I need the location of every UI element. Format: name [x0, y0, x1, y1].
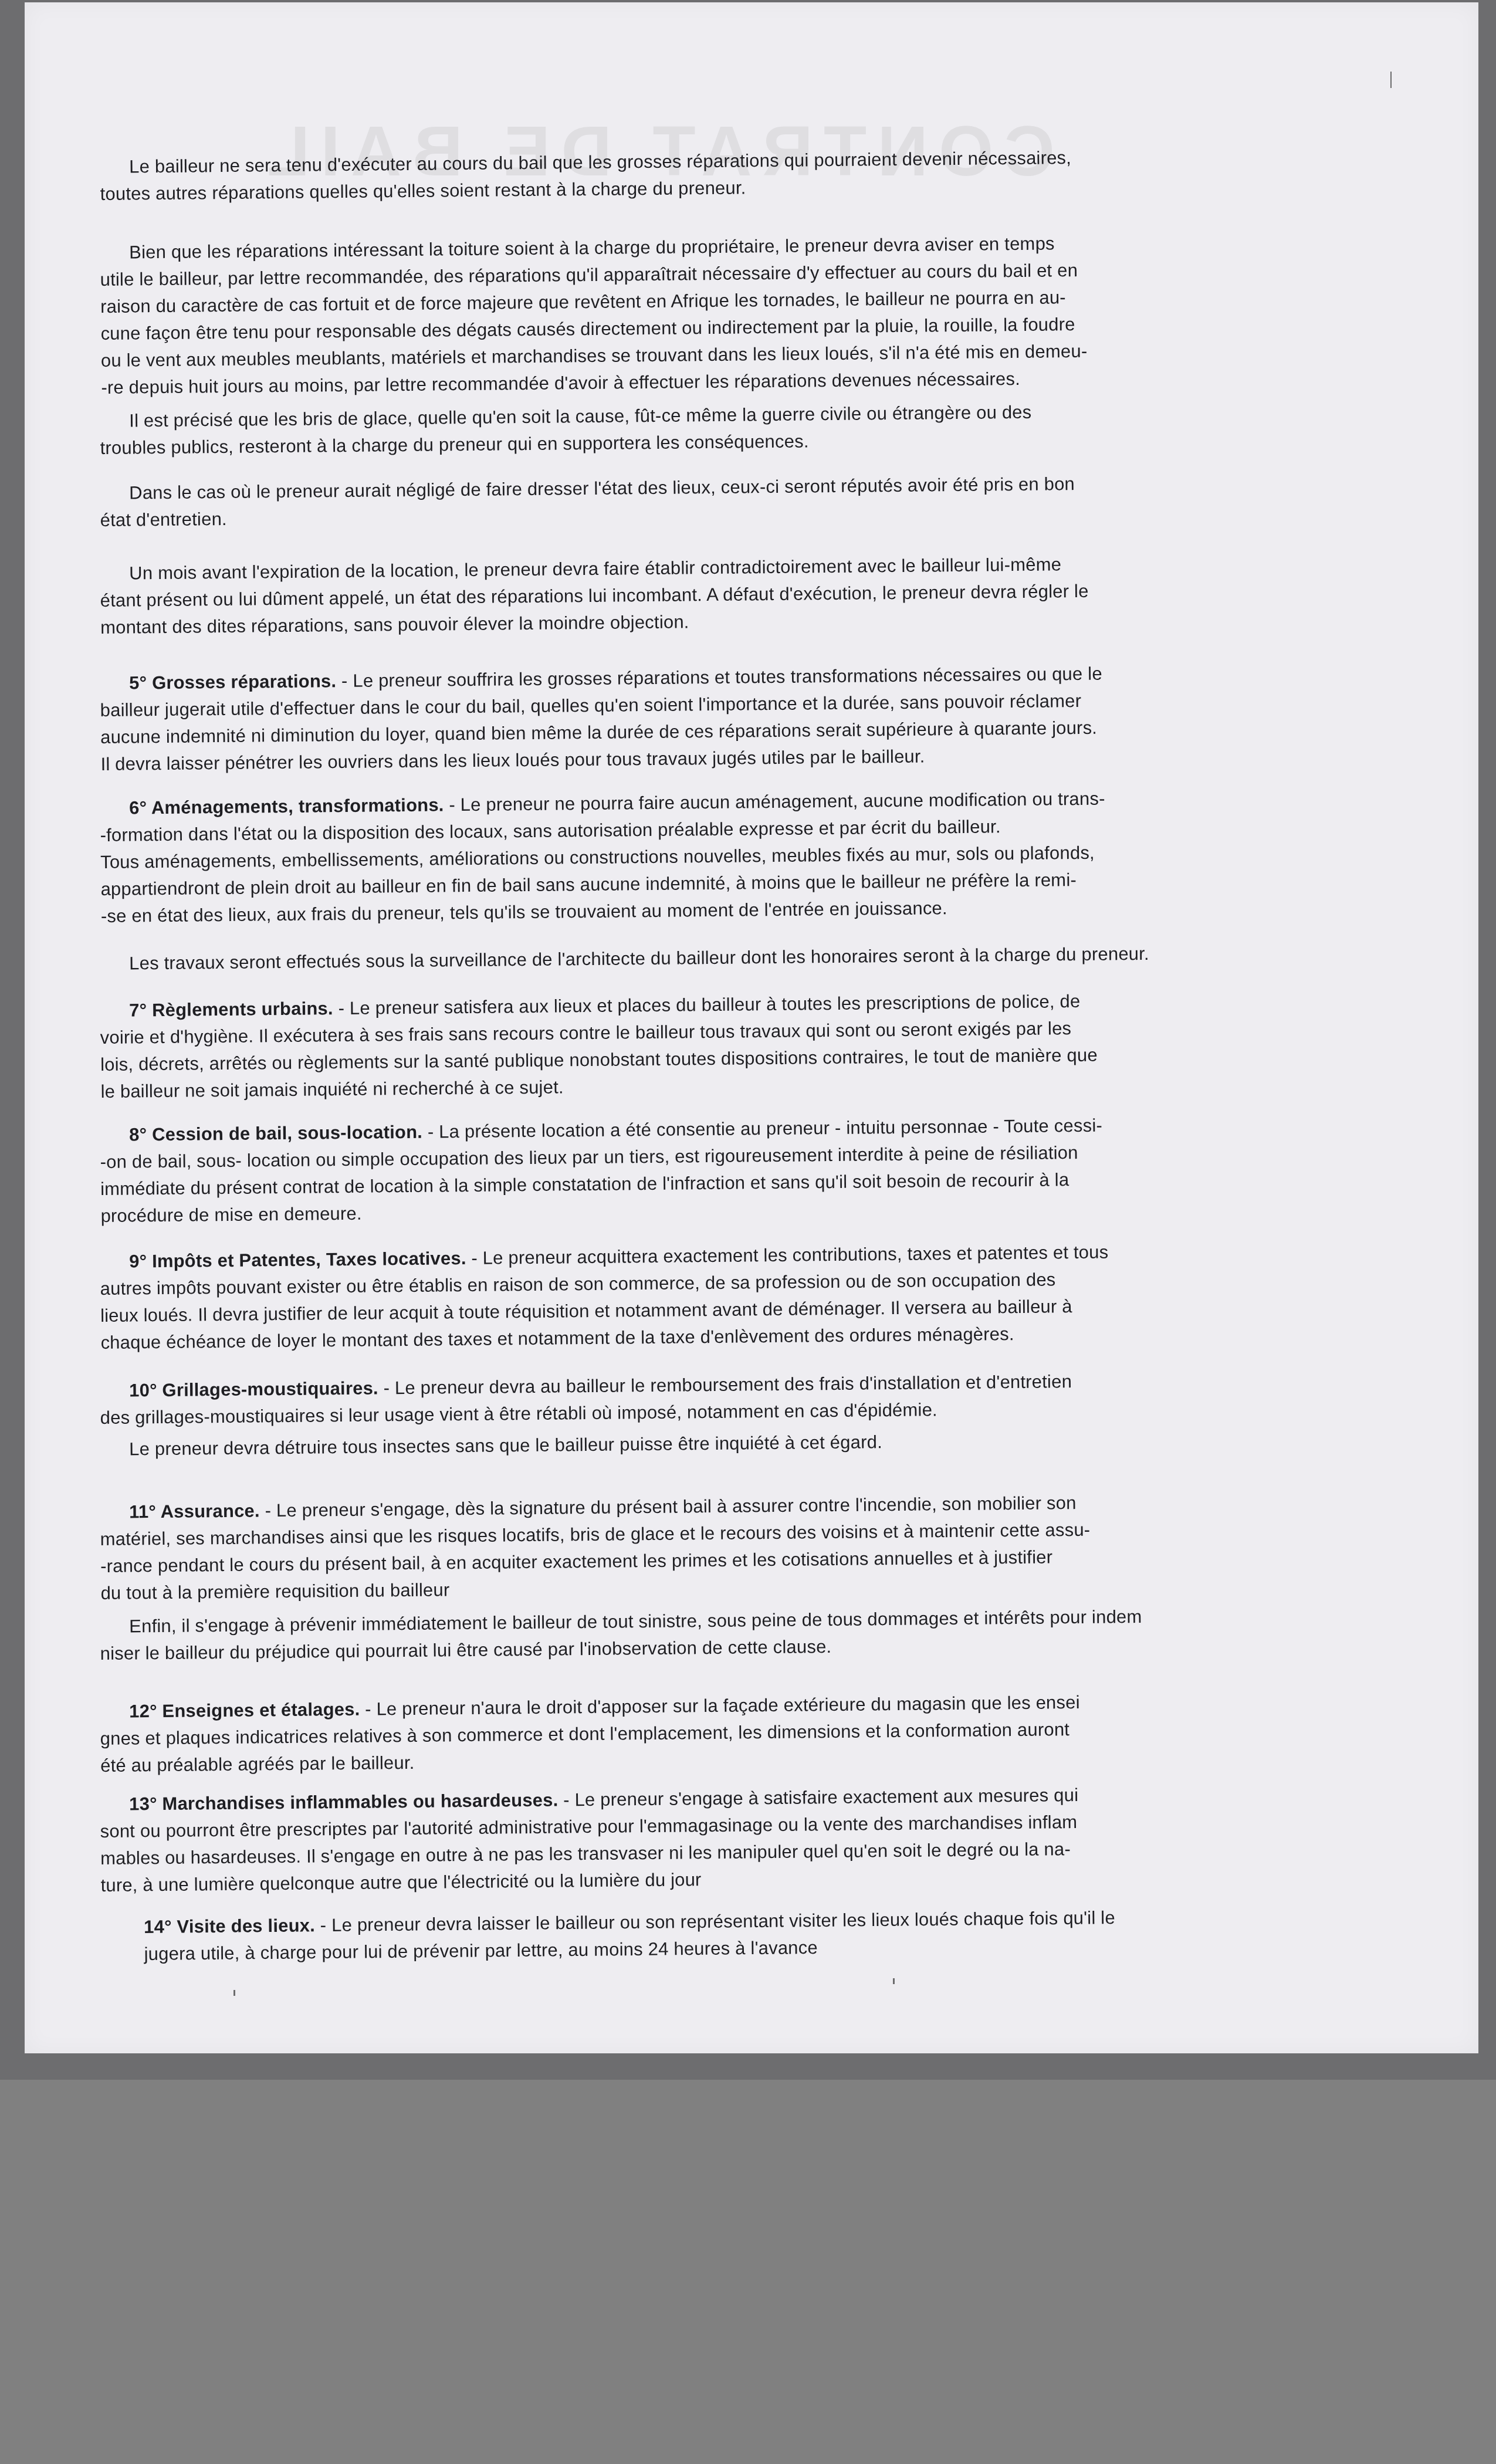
article-heading: 14° Visite des lieux. [144, 1915, 315, 1937]
article-5-major-repairs: 5° Grosses réparations. - Le preneur sou… [100, 658, 1351, 778]
article-heading: 10° Grillages-moustiquaires. [129, 1377, 378, 1400]
scan-speck [1390, 72, 1392, 88]
article-12-signs-displays: 12° Enseignes et étalages. - Le preneur … [100, 1687, 1350, 1779]
article-7-urban-regulations: 7° Règlements urbains. - Le preneur sati… [100, 986, 1351, 1105]
article-11-insurance: 11° Assurance. - Le preneur s'engage, dè… [100, 1487, 1351, 1607]
article-heading: 7° Règlements urbains. [129, 998, 333, 1020]
scan-speck [233, 1990, 235, 1996]
paragraph-end-of-lease-inspection: Un mois avant l'expiration de la locatio… [100, 549, 1350, 641]
article-heading: 5° Grosses réparations. [129, 671, 336, 693]
article-heading: 11° Assurance. [129, 1500, 260, 1522]
paragraph-roof-repairs: Bien que les réparations intéressant la … [100, 228, 1351, 401]
article-heading: 13° Marchandises inflammables ou hasarde… [129, 1790, 559, 1815]
scan-speck [893, 1978, 895, 1984]
article-13-flammable-goods: 13° Marchandises inflammables ou hasarde… [100, 1779, 1351, 1899]
article-6-alterations: 6° Aménagements, transformations. - Le p… [100, 783, 1351, 930]
article-heading: 8° Cession de bail, sous-location. [129, 1122, 422, 1145]
article-heading: 12° Enseignes et étalages. [129, 1699, 360, 1722]
article-heading: 9° Impôts et Patentes, Taxes locatives. [129, 1248, 466, 1272]
article-8-assignment-sublease: 8° Cession de bail, sous-location. - La … [100, 1110, 1351, 1230]
article-9-taxes: 9° Impôts et Patentes, Taxes locatives. … [100, 1237, 1351, 1356]
article-heading: 6° Aménagements, transformations. [129, 794, 444, 818]
